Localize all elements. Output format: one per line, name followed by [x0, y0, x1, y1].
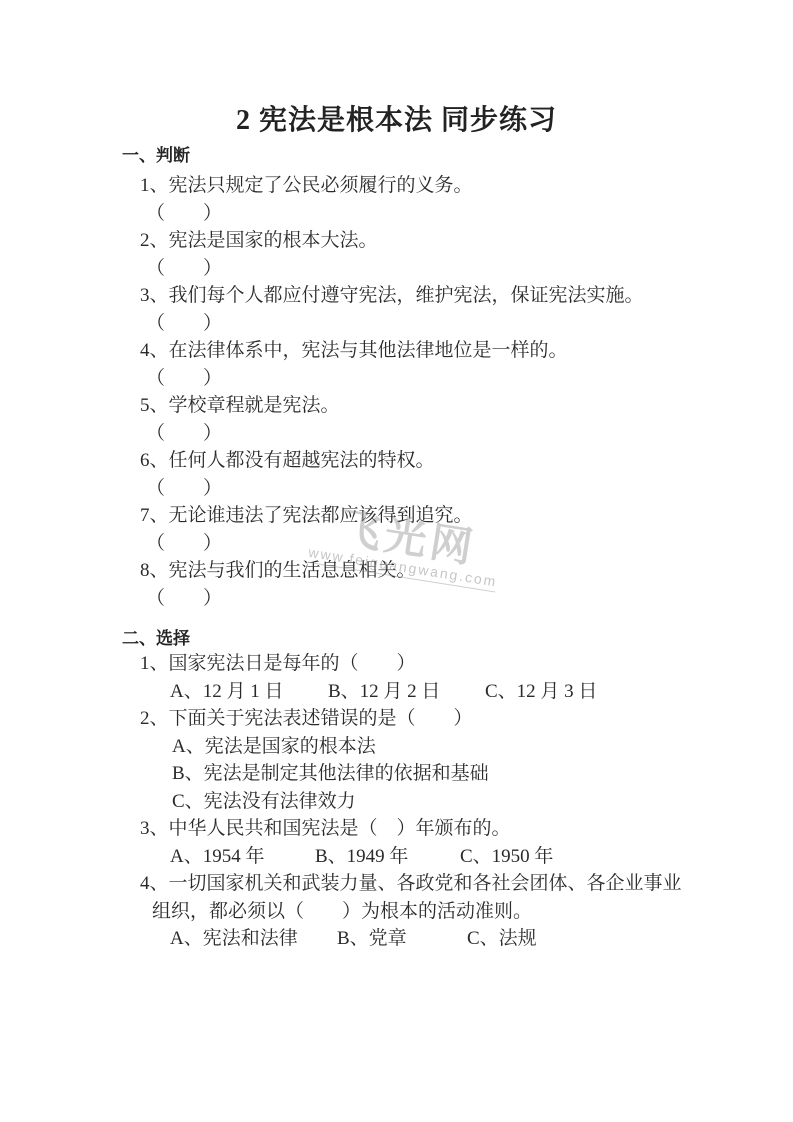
- choice-question-line2: 组织，都必须以（ ）为根本的活动准则。: [0, 898, 793, 926]
- judge-question: 3、我们每个人都应付遵守宪法，维护宪法，保证宪法实施。: [0, 282, 793, 310]
- choice-question: 1、国家宪法日是每年的（ ）: [0, 650, 793, 678]
- choice-option: B、1949 年: [315, 843, 408, 871]
- choice-question: 3、中华人民共和国宪法是（ ）年颁布的。: [0, 815, 793, 843]
- choice-option: B、宪法是制定其他法律的依据和基础: [0, 760, 793, 788]
- choice-option: C、1950 年: [460, 843, 553, 871]
- choice-options-row: A、1954 年 B、1949 年 C、1950 年: [0, 843, 793, 871]
- answer-bracket: （ ）: [0, 420, 793, 448]
- answer-bracket: （ ）: [0, 310, 793, 338]
- page-title: 2 宪法是根本法 同步练习: [0, 98, 793, 138]
- choice-section: 1、国家宪法日是每年的（ ） A、12 月 1 日 B、12 月 2 日 C、1…: [0, 650, 793, 953]
- answer-bracket: （ ）: [0, 585, 793, 613]
- answer-bracket: （ ）: [0, 365, 793, 393]
- judge-question: 6、任何人都没有超越宪法的特权。: [0, 447, 793, 475]
- answer-bracket: （ ）: [0, 475, 793, 503]
- choice-option: A、12 月 1 日: [170, 678, 283, 706]
- judge-question: 2、宪法是国家的根本大法。: [0, 227, 793, 255]
- choice-option: B、12 月 2 日: [328, 678, 440, 706]
- judge-question: 5、学校章程就是宪法。: [0, 392, 793, 420]
- choice-option: B、党章: [337, 925, 407, 953]
- answer-bracket: （ ）: [0, 200, 793, 228]
- choice-option: C、12 月 3 日: [485, 678, 597, 706]
- judge-question: 1、宪法只规定了公民必须履行的义务。: [0, 172, 793, 200]
- choice-option: C、法规: [467, 925, 537, 953]
- choice-option: A、1954 年: [170, 843, 264, 871]
- choice-question: 2、下面关于宪法表述错误的是（ ）: [0, 705, 793, 733]
- choice-option: A、宪法和法律: [170, 925, 298, 953]
- judge-section-heading: 一、判断: [122, 141, 190, 166]
- judge-section: 1、宪法只规定了公民必须履行的义务。 （ ） 2、宪法是国家的根本大法。 （ ）…: [0, 172, 793, 612]
- judge-question: 7、无论谁违法了宪法都应该得到追究。: [0, 502, 793, 530]
- choice-option: A、宪法是国家的根本法: [0, 733, 793, 761]
- judge-question: 8、宪法与我们的生活息息相关。: [0, 557, 793, 585]
- answer-bracket: （ ）: [0, 530, 793, 558]
- answer-bracket: （ ）: [0, 255, 793, 283]
- choice-options-row: A、12 月 1 日 B、12 月 2 日 C、12 月 3 日: [0, 678, 793, 706]
- judge-question: 4、在法律体系中，宪法与其他法律地位是一样的。: [0, 337, 793, 365]
- choice-options-row: A、宪法和法律 B、党章 C、法规: [0, 925, 793, 953]
- choice-option: C、宪法没有法律效力: [0, 788, 793, 816]
- worksheet-page: 2 宪法是根本法 同步练习 一、判断 1、宪法只规定了公民必须履行的义务。 （ …: [0, 0, 793, 1122]
- choice-question-line1: 4、一切国家机关和武装力量、各政党和各社会团体、各企业事业: [0, 870, 793, 898]
- choice-section-heading: 二、选择: [122, 624, 190, 649]
